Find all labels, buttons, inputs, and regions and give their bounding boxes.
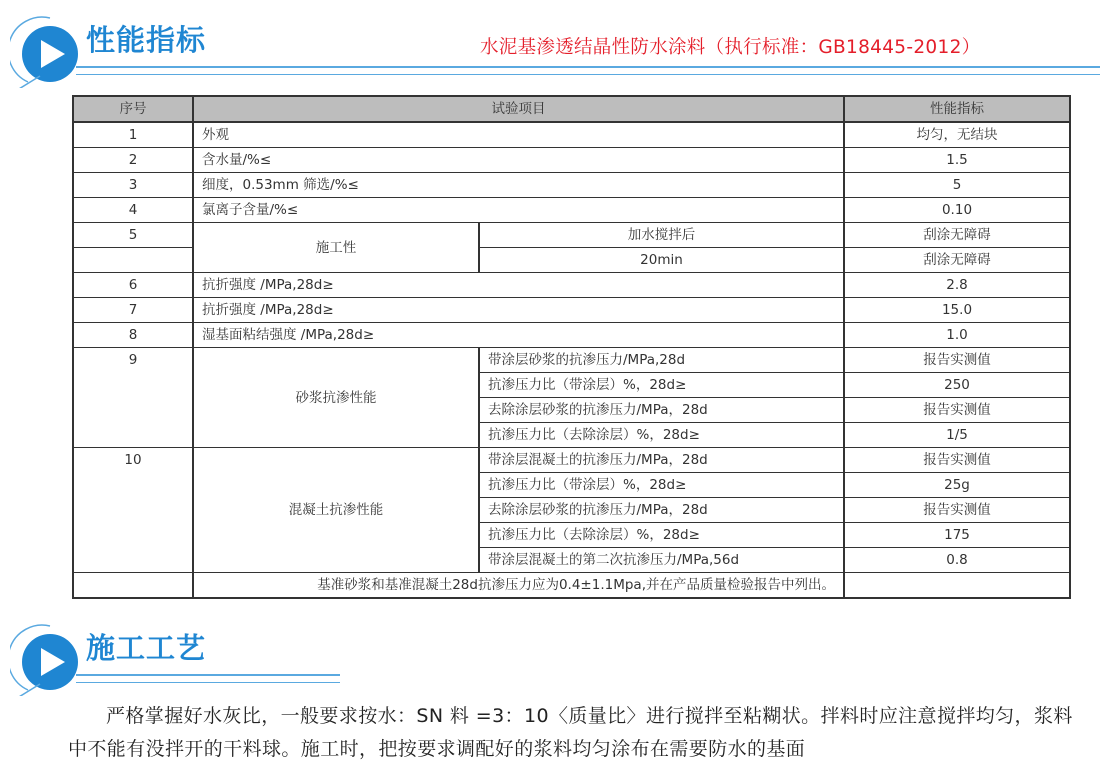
row-item: 细度，0.53mm 筛选/%≤ (193, 173, 844, 198)
row-value: 1.0 (844, 323, 1070, 348)
table-footnote: 基准砂浆和基准混凝土28d抗渗压力应为0.4±1.1Mpa,并在产品质量检验报告… (193, 573, 844, 599)
row-item: 湿基面粘结强度 /MPa,28d≥ (193, 323, 844, 348)
row-item: 外观 (193, 122, 844, 148)
construction-paragraph: 严格掌握好水灰比，一般要求按水：SN 料 =3：10〈质量比〉进行搅拌至粘糊状。… (68, 700, 1078, 766)
row-item: 氯离子含量/%≤ (193, 198, 844, 223)
row-group-label: 混凝土抗渗性能 (193, 448, 479, 573)
row-value: 均匀，无结块 (844, 122, 1070, 148)
row-value: 175 (844, 523, 1070, 548)
row-subitem: 抗渗压力比（去除涂层）%，28d≥ (479, 523, 844, 548)
row-subitem: 带涂层混凝土的抗渗压力/MPa，28d (479, 448, 844, 473)
table-row: 9 砂浆抗渗性能 带涂层砂浆的抗渗压力/MPa,28d 报告实测值 (73, 348, 1070, 373)
row-no: 9 (73, 348, 193, 448)
col-header-item: 试验项目 (193, 96, 844, 122)
row-no: 10 (73, 448, 193, 573)
row-no: 5 (73, 223, 193, 248)
row-value: 报告实测值 (844, 398, 1070, 423)
table-row: 2 含水量/%≤ 1.5 (73, 148, 1070, 173)
footnote-empty-cell (844, 573, 1070, 599)
table-row: 3 细度，0.53mm 筛选/%≤ 5 (73, 173, 1070, 198)
row-value: 250 (844, 373, 1070, 398)
row-value: 刮涂无障碍 (844, 248, 1070, 273)
row-item: 抗折强度 /MPa,28d≥ (193, 298, 844, 323)
row-subitem: 带涂层混凝土的第二次抗渗压力/MPa,56d (479, 548, 844, 573)
row-subitem: 抗渗压力比（带涂层）%，28d≥ (479, 473, 844, 498)
row-value: 25g (844, 473, 1070, 498)
row-subitem: 抗渗压力比（带涂层）%，28d≥ (479, 373, 844, 398)
section-title: 施工工艺 (86, 626, 206, 667)
col-header-no: 序号 (73, 96, 193, 122)
table-row: 4 氯离子含量/%≤ 0.10 (73, 198, 1070, 223)
row-subitem: 去除涂层砂浆的抗渗压力/MPa，28d (479, 398, 844, 423)
row-group-label: 砂浆抗渗性能 (193, 348, 479, 448)
row-value: 报告实测值 (844, 498, 1070, 523)
table-footnote-row: 基准砂浆和基准混凝土28d抗渗压力应为0.4±1.1Mpa,并在产品质量检验报告… (73, 573, 1070, 599)
row-value: 刮涂无障碍 (844, 223, 1070, 248)
col-header-value: 性能指标 (844, 96, 1070, 122)
row-value: 2.8 (844, 273, 1070, 298)
play-circle-icon (10, 622, 84, 696)
row-item: 抗折强度 /MPa,28d≥ (193, 273, 844, 298)
footnote-empty-cell (73, 573, 193, 599)
table-row: 10 混凝土抗渗性能 带涂层混凝土的抗渗压力/MPa，28d 报告实测值 (73, 448, 1070, 473)
row-subitem: 抗渗压力比（去除涂层）%，28d≥ (479, 423, 844, 448)
section-header-construction: 施工工艺 (0, 608, 1100, 698)
table-row: 8 湿基面粘结强度 /MPa,28d≥ 1.0 (73, 323, 1070, 348)
row-group-label: 施工性 (193, 223, 479, 273)
row-value: 报告实测值 (844, 448, 1070, 473)
row-subitem: 20min (479, 248, 844, 273)
row-item: 含水量/%≤ (193, 148, 844, 173)
table-header-row: 序号 试验项目 性能指标 (73, 96, 1070, 122)
table-row: 5 施工性 加水搅拌后 刮涂无障碍 (73, 223, 1070, 248)
row-no: 3 (73, 173, 193, 198)
row-value: 0.10 (844, 198, 1070, 223)
row-no: 1 (73, 122, 193, 148)
table-row: 1 外观 均匀，无结块 (73, 122, 1070, 148)
table-row: 6 抗折强度 /MPa,28d≥ 2.8 (73, 273, 1070, 298)
table-row: 7 抗折强度 /MPa,28d≥ 15.0 (73, 298, 1070, 323)
row-value: 1/5 (844, 423, 1070, 448)
row-no: 4 (73, 198, 193, 223)
performance-spec-table: 序号 试验项目 性能指标 1 外观 均匀，无结块 2 含水量/%≤ 1.5 3 … (72, 95, 1071, 599)
play-circle-icon (10, 14, 84, 88)
row-no: 8 (73, 323, 193, 348)
row-value: 0.8 (844, 548, 1070, 573)
row-subitem: 加水搅拌后 (479, 223, 844, 248)
row-value: 报告实测值 (844, 348, 1070, 373)
row-no: 6 (73, 273, 193, 298)
row-value: 5 (844, 173, 1070, 198)
section-rule (76, 66, 1100, 75)
row-value: 1.5 (844, 148, 1070, 173)
row-subitem: 去除涂层砂浆的抗渗压力/MPa，28d (479, 498, 844, 523)
section-title: 性能指标 (86, 18, 206, 59)
row-value: 15.0 (844, 298, 1070, 323)
row-subitem: 带涂层砂浆的抗渗压力/MPa,28d (479, 348, 844, 373)
row-no: 2 (73, 148, 193, 173)
row-no-empty (73, 248, 193, 273)
row-no: 7 (73, 298, 193, 323)
section-rule (76, 674, 340, 683)
product-standard-subtitle: 水泥基渗透结晶性防水涂料（执行标准：GB18445-2012） (480, 33, 980, 59)
